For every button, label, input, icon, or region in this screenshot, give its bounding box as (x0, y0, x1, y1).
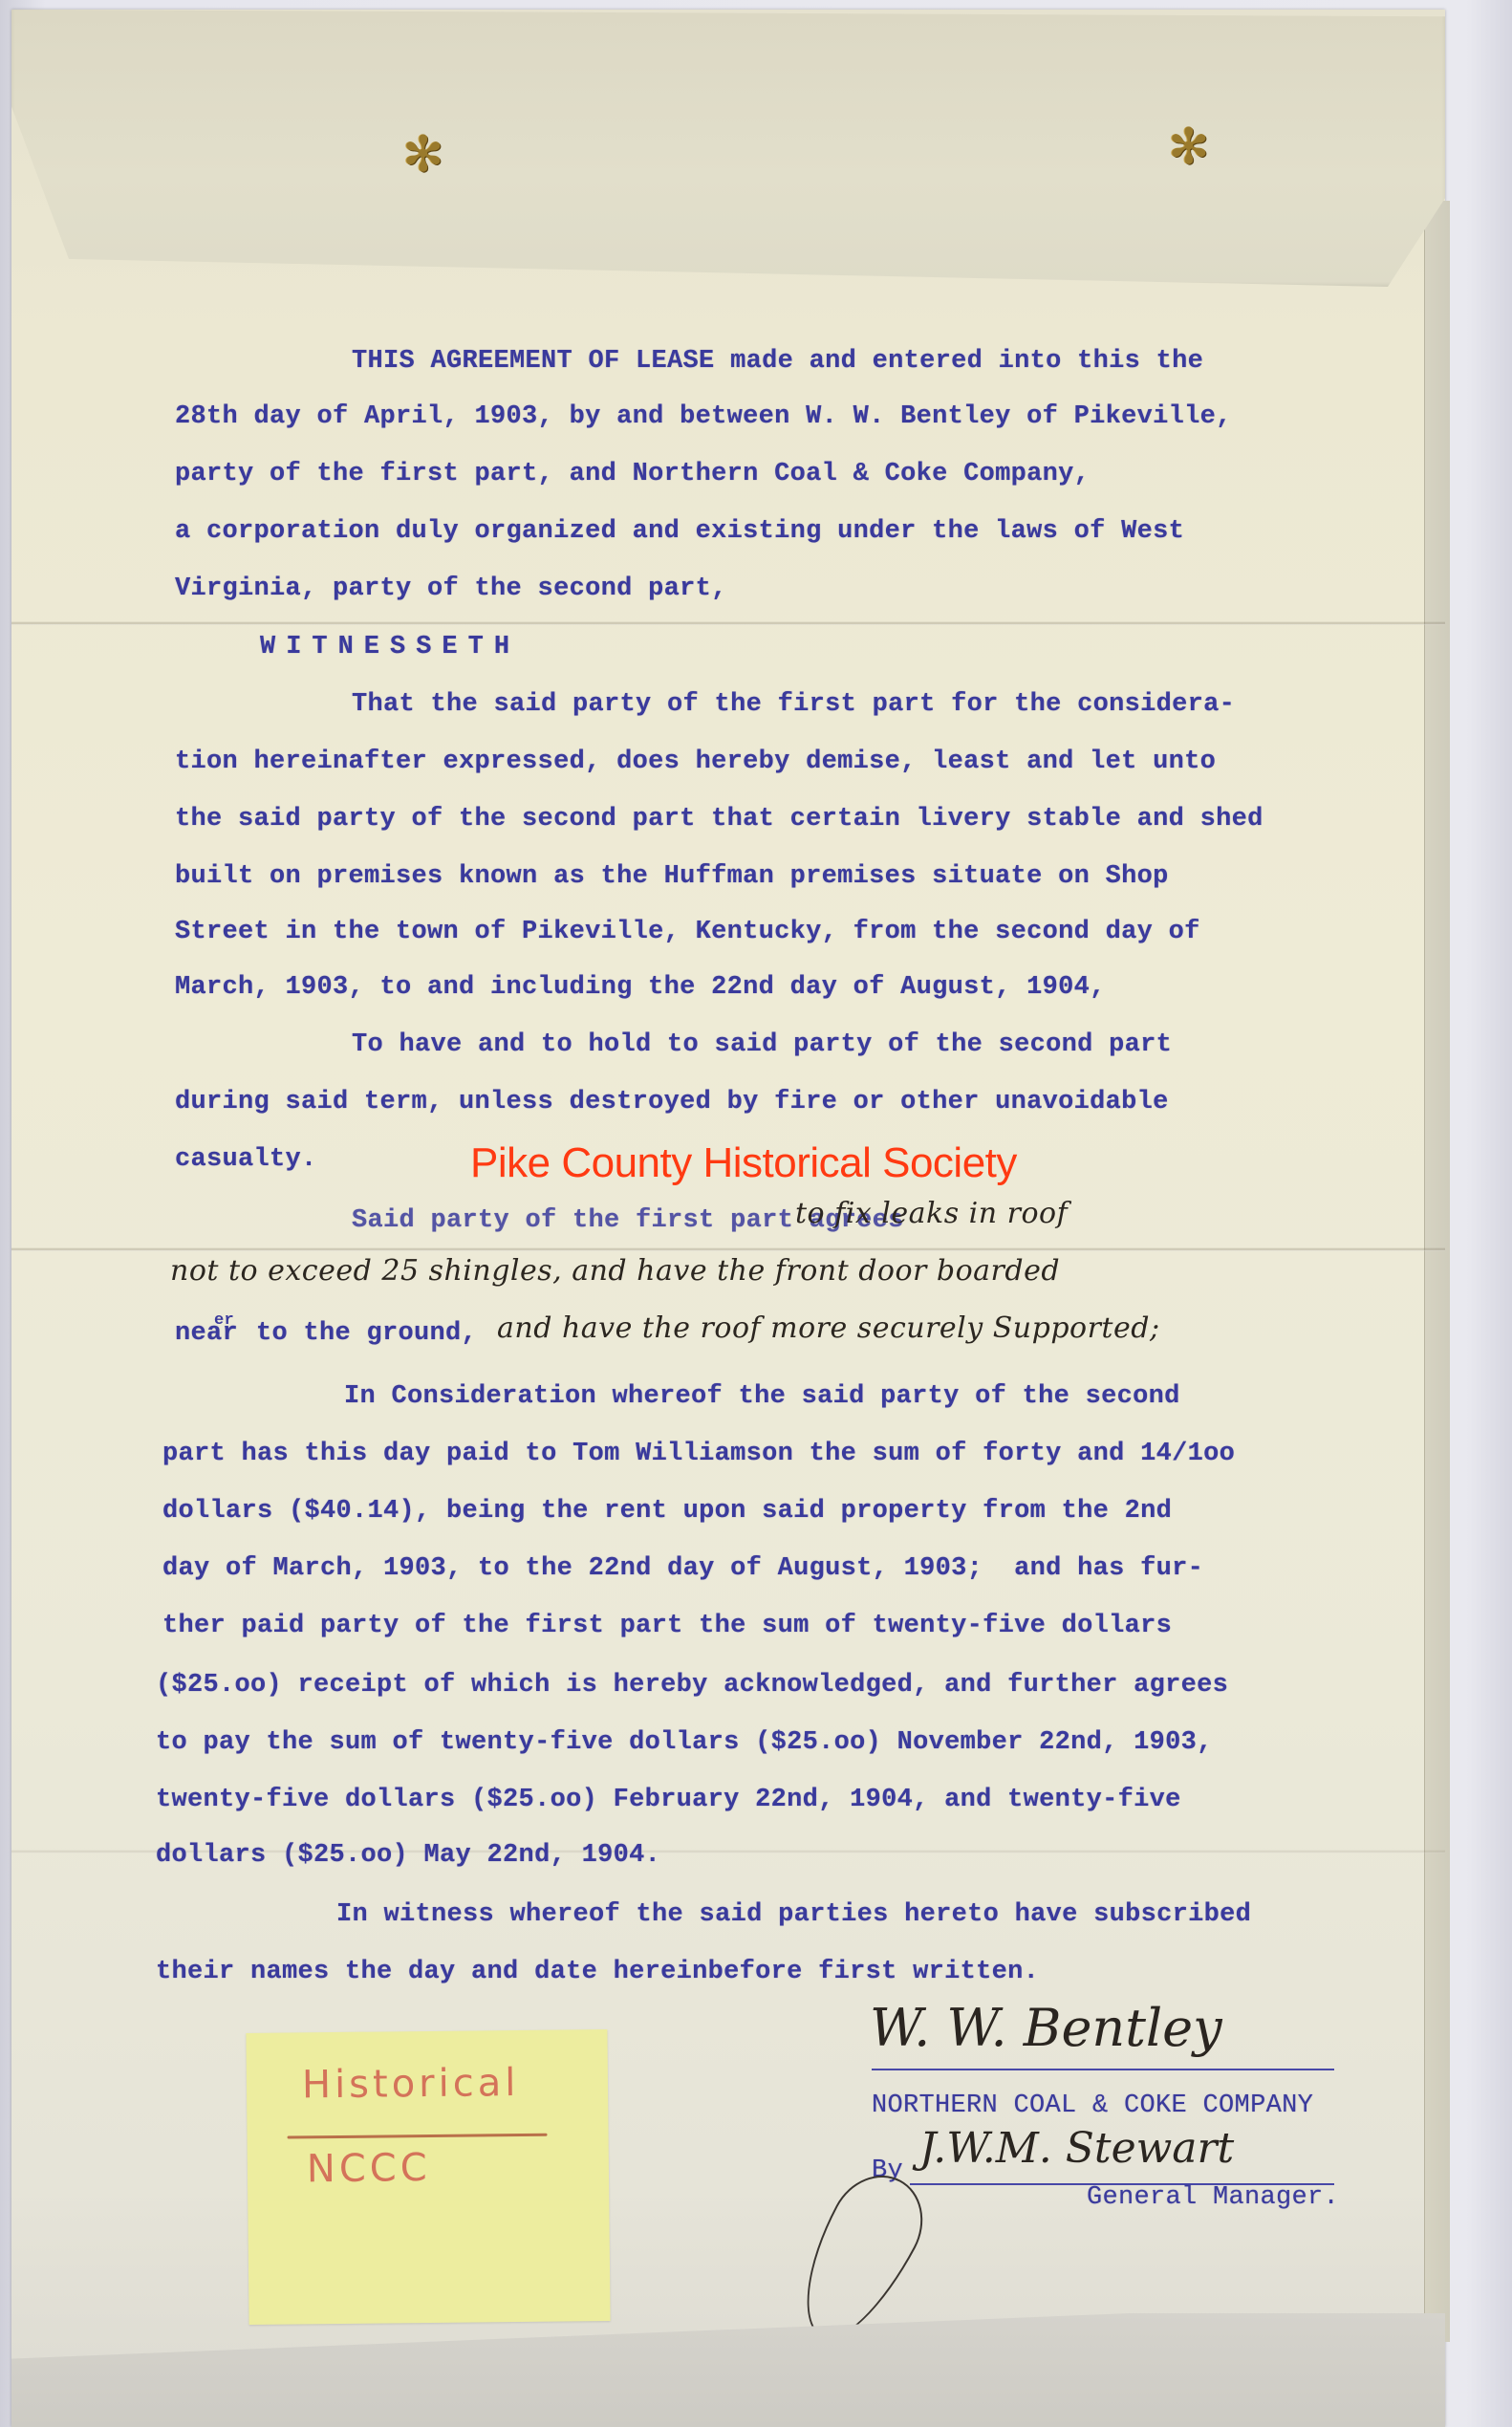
demise-line: tion hereinafter expressed, does hereby … (175, 748, 1216, 776)
lessor-signature: W. W. Bentley (870, 1998, 1222, 2058)
preamble-line: Virginia, party of the second part, (175, 574, 727, 603)
preamble-line: THIS AGREEMENT OF LEASE made and entered… (352, 347, 1203, 376)
consideration-line: dollars ($40.14), being the rent upon sa… (162, 1497, 1172, 1526)
handwritten-annotation: not to exceed 25 shingles, and have the … (170, 1254, 1060, 1288)
watermark-text: Pike County Historical Society (470, 1139, 1017, 1187)
company-name: NORTHERN COAL & COKE COMPANY (872, 2091, 1313, 2120)
sticky-note: Historical NCCC (246, 2029, 610, 2325)
testimonium-line: In witness whereof the said parties here… (336, 1900, 1251, 1929)
handwritten-annotation: to fix leaks in roof (795, 1197, 1068, 1230)
habendum-line: during said term, unless destroyed by fi… (175, 1088, 1169, 1116)
consideration-line: part has this day paid to Tom Williamson… (162, 1440, 1235, 1468)
testimonium-line: their names the day and date hereinbefor… (156, 1958, 1039, 1986)
habendum-line: casualty. (175, 1145, 317, 1174)
preamble-line: 28th day of April, 1903, by and between … (175, 402, 1232, 431)
consideration-line: day of March, 1903, to the 22nd day of A… (162, 1554, 1203, 1583)
demise-line: the said party of the second part that c… (175, 805, 1264, 834)
agent-signature: J.W.M. Stewart (919, 2124, 1234, 2173)
consideration-line: ($25.oo) receipt of which is hereby ackn… (156, 1671, 1228, 1700)
sticky-note-line1: Historical (302, 2061, 520, 2107)
habendum-line: To have and to hold to said party of the… (352, 1030, 1172, 1059)
consideration-line: to pay the sum of twenty-five dollars ($… (156, 1728, 1213, 1757)
demise-line: That the said party of the first part fo… (352, 690, 1235, 719)
lessor-signature-line (872, 2069, 1334, 2070)
witnesseth-heading: WITNESSETH (260, 633, 520, 661)
preamble-line: a corporation duly organized and existin… (175, 517, 1184, 546)
consideration-line: dollars ($25.oo) May 22nd, 1904. (156, 1841, 660, 1870)
sticky-note-underline (288, 2134, 548, 2139)
preamble-line: party of the first part, and Northern Co… (175, 460, 1090, 488)
consideration-line: twenty-five dollars ($25.oo) February 22… (156, 1786, 1181, 1814)
demise-line: Street in the town of Pikeville, Kentuck… (175, 918, 1200, 946)
demise-line: built on premises known as the Huffman p… (175, 862, 1169, 891)
handwritten-annotation: and have the roof more securely Supporte… (497, 1311, 1160, 1345)
consideration-line: In Consideration whereof the said party … (344, 1382, 1180, 1411)
agent-title: General Manager. (1087, 2183, 1339, 2212)
handwritten-superscript: er (214, 1311, 234, 1330)
consideration-line: ther paid party of the first part the su… (162, 1612, 1172, 1640)
typed-body: THIS AGREEMENT OF LEASE made and entered… (0, 0, 1512, 2427)
sticky-note-line2: NCCC (307, 2146, 431, 2191)
repair-typed-ground: to the ground, (256, 1319, 477, 1348)
demise-line: March, 1903, to and including the 22nd d… (175, 973, 1106, 1002)
